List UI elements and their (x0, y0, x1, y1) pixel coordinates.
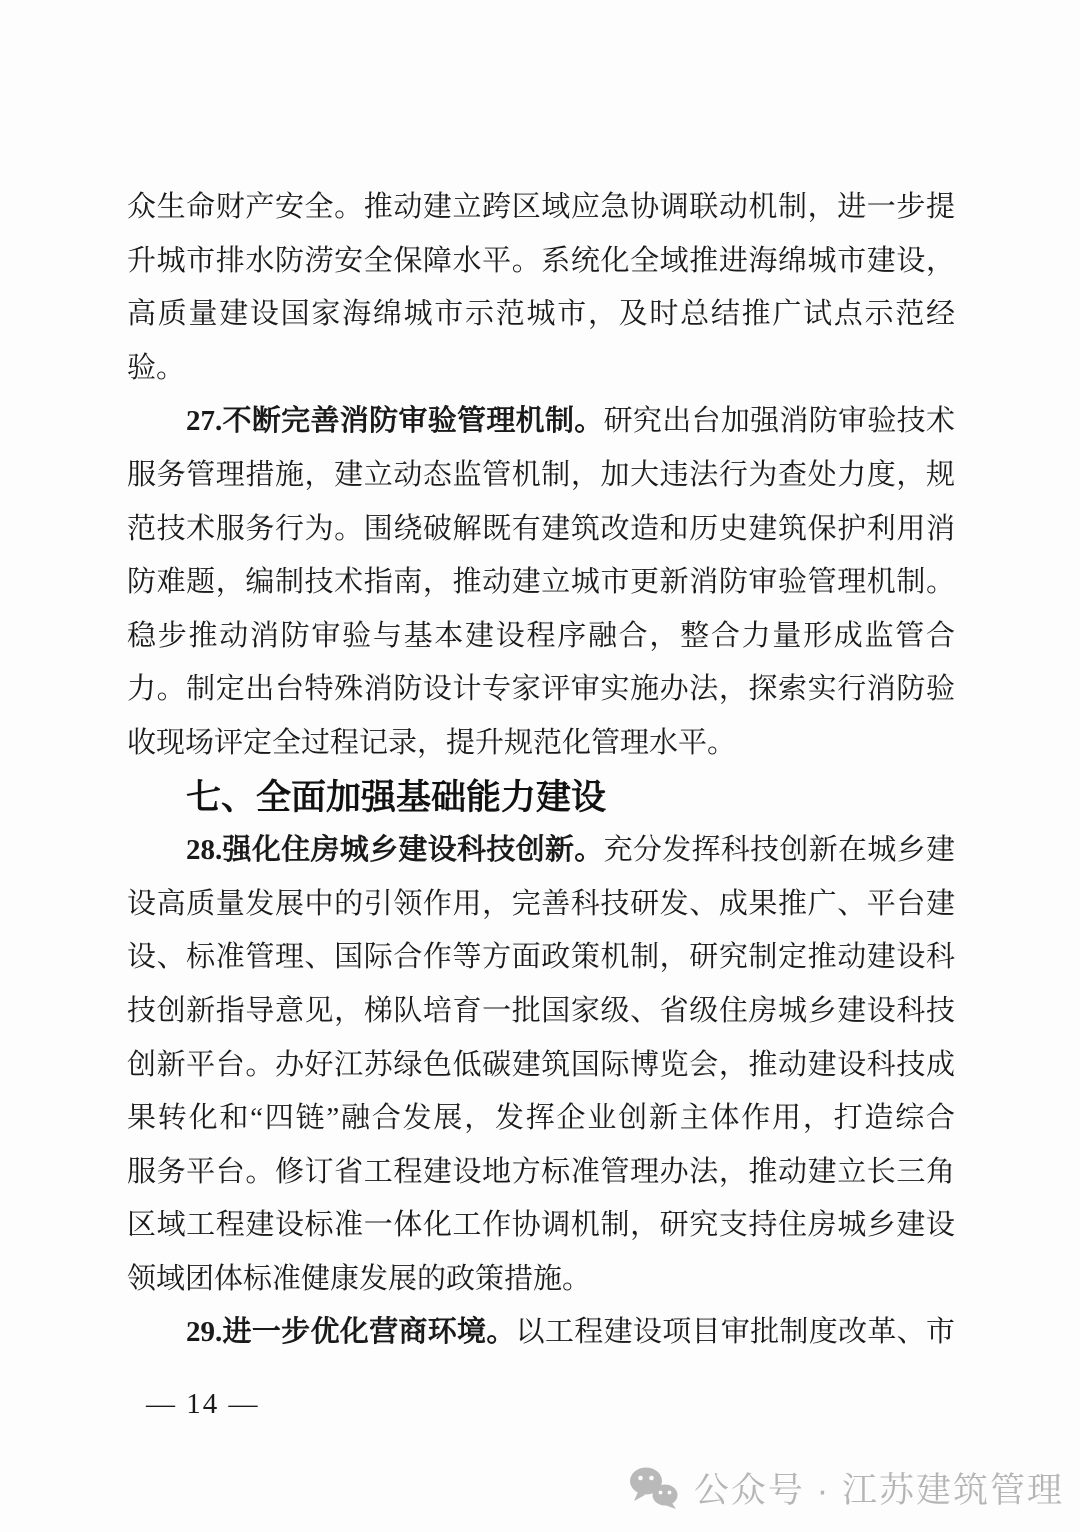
item-28-title: 28.强化住房城乡建设科技创新。 (186, 834, 604, 866)
text-line-item-27: 27.不断完善消防审验管理机制。研究出台加强消防审验技术 (127, 395, 955, 449)
text-line: 验。 (127, 342, 955, 396)
text-line-item-28: 28.强化住房城乡建设科技创新。充分发挥科技创新在城乡建 (127, 824, 955, 878)
document-page: 众生命财产安全。推动建立跨区域应急协调联动机制，进一步提 升城市排水防涝安全保障… (0, 0, 1080, 1532)
watermark: 公众号 · 江苏建筑管理 (628, 1464, 1064, 1512)
text-line: 稳步推动消防审验与基本建设程序融合，整合力量形成监管合 (127, 610, 955, 664)
page-number: — 14 — (146, 1379, 260, 1429)
text-line: 收现场评定全过程记录，提升规范化管理水平。 (127, 717, 955, 771)
section-heading: 七、全面加强基础能力建设 (127, 771, 955, 825)
text-line: 区域工程建设标准一体化工作协调机制，研究支持住房城乡建设 (127, 1199, 955, 1253)
text-line: 众生命财产安全。推动建立跨区域应急协调联动机制，进一步提 (127, 181, 955, 235)
text-line: 范技术服务行为。围绕破解既有建筑改造和历史建筑保护利用消 (127, 503, 955, 557)
text-line-item-29: 29.进一步优化营商环境。以工程建设项目审批制度改革、市 (127, 1306, 955, 1360)
text-run: 以工程建设项目审批制度改革、市 (516, 1316, 955, 1348)
text-line: 服务平台。修订省工程建设地方标准管理办法，推动建立长三角 (127, 1146, 955, 1200)
text-line: 创新平台。办好江苏绿色低碳建筑国际博览会，推动建设科技成 (127, 1039, 955, 1093)
text-run: 充分发挥科技创新在城乡建 (604, 834, 955, 866)
wechat-icon (628, 1466, 680, 1510)
text-line: 技创新指导意见，梯队培育一批国家级、省级住房城乡建设科技 (127, 985, 955, 1039)
text-line: 设、标准管理、国际合作等方面政策机制，研究制定推动建设科 (127, 931, 955, 985)
text-line: 服务管理措施，建立动态监管机制，加大违法行为查处力度，规 (127, 449, 955, 503)
text-run: 研究出台加强消防审验技术 (604, 405, 955, 437)
text-line: 防难题，编制技术指南，推动建立城市更新消防审验管理机制。 (127, 556, 955, 610)
text-line: 高质量建设国家海绵城市示范城市，及时总结推广试点示范经 (127, 288, 955, 342)
item-27-title: 27.不断完善消防审验管理机制。 (186, 405, 604, 437)
watermark-label: 公众号 · 江苏建筑管理 (694, 1463, 1064, 1513)
text-line: 领域团体标准健康发展的政策措施。 (127, 1253, 955, 1307)
text-line: 力。制定出台特殊消防设计专家评审实施办法，探索实行消防验 (127, 663, 955, 717)
text-line: 果转化和“四链”融合发展，发挥企业创新主体作用，打造综合 (127, 1092, 955, 1146)
text-line: 升城市排水防涝安全保障水平。系统化全域推进海绵城市建设， (127, 235, 955, 289)
text-line: 设高质量发展中的引领作用，完善科技研发、成果推广、平台建 (127, 878, 955, 932)
item-29-title: 29.进一步优化营商环境。 (186, 1316, 516, 1348)
document-body: 众生命财产安全。推动建立跨区域应急协调联动机制，进一步提 升城市排水防涝安全保障… (127, 181, 955, 1360)
